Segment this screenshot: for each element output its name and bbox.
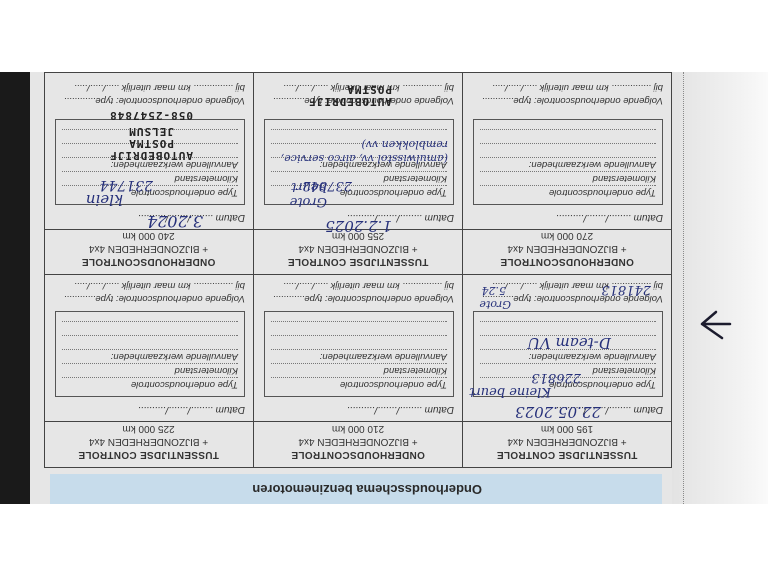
handwritten-km: 226813 <box>531 370 581 385</box>
entry-box: Type onderhoudscontrole Kilometerstand A… <box>264 311 454 397</box>
handwritten-km: 231744 <box>100 177 153 193</box>
next-service: Volgende onderhoudscontrole: type.......… <box>64 279 245 305</box>
cell-heading: ONDERHOUDSCONTROLE + BIJZONDERHEDEN 4x4 … <box>254 421 462 467</box>
entry-box: Type onderhoudscontrole Kilometerstand A… <box>55 311 245 397</box>
cell-heading: ONDERHOUDSCONTROLE + BIJZONDERHEDEN 4x4 … <box>44 229 253 275</box>
background-edge <box>0 72 30 504</box>
handwritten-extra: (amulwisstol vv, airco service, remblokk… <box>278 137 448 165</box>
garage-stamp: AUTOBEDRIJF POSTMA JELSUM 058-2547848 <box>109 109 193 161</box>
photo: Onderhoudsschema benzinemotoren TUSSENTI… <box>0 72 768 504</box>
handwritten-extra: D-team VU <box>527 334 611 352</box>
handwritten-type: klein <box>86 191 123 209</box>
maintenance-grid: TUSSENTIJDSE CONTROLE + BIJZONDERHEDEN 4… <box>44 72 672 468</box>
cell-heading: TUSSENTIJDSE CONTROLE + BIJZONDERHEDEN 4… <box>254 229 462 275</box>
datum-label: Datum ......../......./.......... <box>556 212 663 223</box>
entry-box: Type onderhoudscontrole Kilometerstand A… <box>473 119 663 205</box>
garage-stamp: AUTOBEDRIJF POSTMA <box>308 83 392 107</box>
grid-column: TUSSENTIJDSE CONTROLE + BIJZONDERHEDEN 4… <box>44 73 253 467</box>
datum-label: Datum ......../......./.......... <box>347 404 454 415</box>
handwritten-date: 22.05.2023 <box>515 403 601 421</box>
handwritten-date: 1.2.2025 <box>325 217 392 235</box>
next-service: Volgende onderhoudscontrole: type.......… <box>273 279 454 305</box>
next-service: Volgende onderhoudscontrole: type.......… <box>64 81 245 107</box>
next-service: Volgende onderhoudscontrole: type.......… <box>482 81 663 107</box>
handwritten-km: 237842 <box>302 178 352 193</box>
page-title: Onderhoudsschema benzinemotoren <box>252 482 482 497</box>
handwritten-type: Kleine beurt <box>469 384 551 399</box>
cell-heading: TUSSENTIJDSE CONTROLE + BIJZONDERHEDEN 4… <box>44 421 253 467</box>
handwritten-next-date: 5.24 <box>482 284 507 297</box>
title-banner: Onderhoudsschema benzinemotoren <box>50 474 662 504</box>
handwritten-next-type: Grote <box>479 298 511 311</box>
cell-heading: ONDERHOUDSCONTROLE + BIJZONDERHEDEN 4x4 … <box>463 229 671 275</box>
handwritten-date: 3.2024 <box>147 212 203 231</box>
arrow-left-icon <box>700 310 734 340</box>
service-booklet-page: Onderhoudsschema benzinemotoren TUSSENTI… <box>30 72 672 504</box>
cell-heading: TUSSENTIJDSE CONTROLE + BIJZONDERHEDEN 4… <box>463 421 671 467</box>
perforation-line <box>683 72 684 504</box>
datum-label: Datum ......../......./.......... <box>138 404 245 415</box>
grid-column: TUSSENTIJDSE CONTROLE + BIJZONDERHEDEN 4… <box>462 73 671 467</box>
adjacent-page <box>672 72 768 504</box>
grid-column: ONDERHOUDSCONTROLE + BIJZONDERHEDEN 4x4 … <box>253 73 462 467</box>
handwritten-next-km: 241813 <box>601 282 651 297</box>
